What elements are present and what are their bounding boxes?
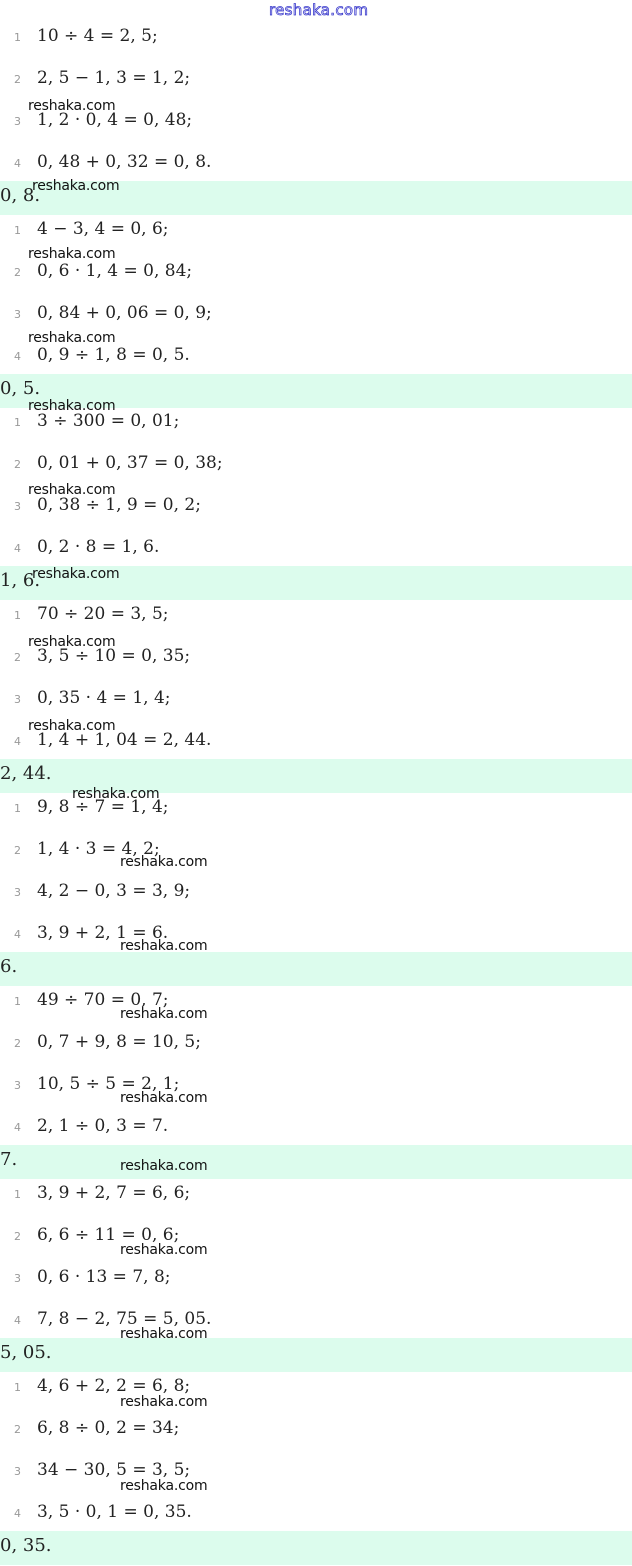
site-watermark-header: reshaka.com [269, 1, 368, 19]
line-number: 2 [14, 1037, 21, 1050]
solution-block-5: 19, 8 ÷ 7 = 1, 4; 21, 4 · 3 = 4, 2; 34, … [0, 796, 632, 989]
step-line: 334 − 30, 5 = 3, 5; [0, 1459, 632, 1489]
step-line: 21, 4 · 3 = 4, 2; [0, 838, 632, 868]
watermark: reshaka.com [120, 938, 207, 954]
watermark: reshaka.com [32, 566, 119, 582]
step-line: 42, 1 ÷ 0, 3 = 7. [0, 1115, 632, 1145]
step-line: 20, 7 + 9, 8 = 10, 5; [0, 1031, 632, 1061]
answer-text: 0, 5. [0, 378, 40, 399]
watermark: reshaka.com [28, 398, 115, 414]
line-number: 1 [14, 31, 21, 44]
solution-block-7: 13, 9 + 2, 7 = 6, 6; 26, 6 ÷ 11 = 0, 6; … [0, 1182, 632, 1375]
line-number: 1 [14, 995, 21, 1008]
line-number: 4 [14, 928, 21, 941]
step-expression: 3 ÷ 300 = 0, 01; [37, 411, 179, 431]
answer-text: 6. [0, 956, 17, 977]
step-expression: 2, 5 − 1, 3 = 1, 2; [37, 68, 190, 88]
line-number: 4 [14, 350, 21, 363]
watermark: reshaka.com [120, 1394, 207, 1410]
solution-block-4: 170 ÷ 20 = 3, 5; 23, 5 ÷ 10 = 0, 35; 30,… [0, 603, 632, 796]
step-expression: 0, 7 + 9, 8 = 10, 5; [37, 1032, 201, 1052]
watermark: reshaka.com [120, 1158, 207, 1174]
watermark: reshaka.com [72, 786, 159, 802]
step-expression: 0, 38 ÷ 1, 9 = 0, 2; [37, 495, 201, 515]
line-number: 2 [14, 73, 21, 86]
step-line: 40, 48 + 0, 32 = 0, 8. [0, 151, 632, 181]
step-line: 13, 9 + 2, 7 = 6, 6; [0, 1182, 632, 1212]
line-number: 4 [14, 735, 21, 748]
step-expression: 70 ÷ 20 = 3, 5; [37, 604, 169, 624]
step-expression: 3, 5 · 0, 1 = 0, 35. [37, 1502, 192, 1522]
line-number: 2 [14, 266, 21, 279]
step-expression: 0, 6 · 13 = 7, 8; [37, 1267, 171, 1287]
step-expression: 0, 35 · 4 = 1, 4; [37, 688, 171, 708]
line-number: 3 [14, 1465, 21, 1478]
step-expression: 2, 1 ÷ 0, 3 = 7. [37, 1116, 168, 1136]
step-line: 14, 6 + 2, 2 = 6, 8; [0, 1375, 632, 1405]
step-expression: 0, 48 + 0, 32 = 0, 8. [37, 152, 211, 172]
step-line: 43, 9 + 2, 1 = 6. [0, 922, 632, 952]
step-line: 34, 2 − 0, 3 = 3, 9; [0, 880, 632, 910]
line-number: 1 [14, 802, 21, 815]
line-number: 1 [14, 416, 21, 429]
watermark: reshaka.com [120, 1326, 207, 1342]
step-line: 30, 38 ÷ 1, 9 = 0, 2; [0, 494, 632, 524]
step-line: 170 ÷ 20 = 3, 5; [0, 603, 632, 633]
line-number: 3 [14, 500, 21, 513]
step-expression: 0, 01 + 0, 37 = 0, 38; [37, 453, 223, 473]
step-expression: 0, 84 + 0, 06 = 0, 9; [37, 303, 212, 323]
line-number: 3 [14, 886, 21, 899]
step-line: 30, 84 + 0, 06 = 0, 9; [0, 302, 632, 332]
step-line: 14 − 3, 4 = 0, 6; [0, 218, 632, 248]
step-line: 26, 6 ÷ 11 = 0, 6; [0, 1224, 632, 1254]
solution-block-8: 14, 6 + 2, 2 = 6, 8; 26, 8 ÷ 0, 2 = 34; … [0, 1375, 632, 1566]
step-line: 22, 5 − 1, 3 = 1, 2; [0, 67, 632, 97]
line-number: 1 [14, 224, 21, 237]
step-line: 40, 2 · 8 = 1, 6. [0, 536, 632, 566]
line-number: 2 [14, 651, 21, 664]
watermark: reshaka.com [120, 854, 207, 870]
answer-band: 6. [0, 952, 632, 986]
step-expression: 0, 9 ÷ 1, 8 = 0, 5. [37, 345, 190, 365]
step-line: 30, 6 · 13 = 7, 8; [0, 1266, 632, 1296]
step-expression: 4 − 3, 4 = 0, 6; [37, 219, 169, 239]
watermark: reshaka.com [28, 718, 115, 734]
answer-text: 0, 35. [0, 1535, 52, 1556]
line-number: 3 [14, 693, 21, 706]
watermark: reshaka.com [32, 178, 119, 194]
line-number: 4 [14, 1507, 21, 1520]
answer-text: 2, 44. [0, 763, 52, 784]
line-number: 2 [14, 1230, 21, 1243]
step-line: 26, 8 ÷ 0, 2 = 34; [0, 1417, 632, 1447]
step-line: 20, 01 + 0, 37 = 0, 38; [0, 452, 632, 482]
line-number: 3 [14, 115, 21, 128]
step-line: 20, 6 · 1, 4 = 0, 84; [0, 260, 632, 290]
line-number: 1 [14, 609, 21, 622]
watermark: reshaka.com [120, 1006, 207, 1022]
step-line: 47, 8 − 2, 75 = 5, 05. [0, 1308, 632, 1338]
watermark: reshaka.com [28, 482, 115, 498]
line-number: 3 [14, 1272, 21, 1285]
line-number: 4 [14, 1314, 21, 1327]
watermark: reshaka.com [28, 98, 115, 114]
watermark: reshaka.com [28, 330, 115, 346]
line-number: 3 [14, 308, 21, 321]
answer-text: 7. [0, 1149, 17, 1170]
step-line: 310, 5 ÷ 5 = 2, 1; [0, 1073, 632, 1103]
line-number: 3 [14, 1079, 21, 1092]
step-line: 110 ÷ 4 = 2, 5; [0, 25, 632, 55]
watermark: reshaka.com [28, 246, 115, 262]
step-expression: 0, 6 · 1, 4 = 0, 84; [37, 261, 192, 281]
line-number: 4 [14, 542, 21, 555]
line-number: 2 [14, 844, 21, 857]
step-line: 149 ÷ 70 = 0, 7; [0, 989, 632, 1019]
line-number: 1 [14, 1188, 21, 1201]
watermark: reshaka.com [120, 1478, 207, 1494]
watermark: reshaka.com [120, 1242, 207, 1258]
answer-band: 5, 05. [0, 1338, 632, 1372]
step-line: 43, 5 · 0, 1 = 0, 35. [0, 1501, 632, 1531]
step-line: 13 ÷ 300 = 0, 01; [0, 410, 632, 440]
step-expression: 6, 8 ÷ 0, 2 = 34; [37, 1418, 179, 1438]
answer-text: 5, 05. [0, 1342, 52, 1363]
watermark: reshaka.com [120, 1090, 207, 1106]
watermark: reshaka.com [28, 634, 115, 650]
solution-block-6: 149 ÷ 70 = 0, 7; 20, 7 + 9, 8 = 10, 5; 3… [0, 989, 632, 1182]
line-number: 2 [14, 1423, 21, 1436]
step-expression: 0, 2 · 8 = 1, 6. [37, 537, 159, 557]
step-expression: 4, 6 + 2, 2 = 6, 8; [37, 1376, 190, 1396]
line-number: 2 [14, 458, 21, 471]
line-number: 4 [14, 157, 21, 170]
step-expression: 10 ÷ 4 = 2, 5; [37, 26, 158, 46]
line-number: 4 [14, 1121, 21, 1134]
step-expression: 3, 9 + 2, 7 = 6, 6; [37, 1183, 190, 1203]
step-expression: 4, 2 − 0, 3 = 3, 9; [37, 881, 190, 901]
answer-band: 7. [0, 1145, 632, 1179]
answer-band: 0, 35. [0, 1531, 632, 1565]
step-line: 40, 9 ÷ 1, 8 = 0, 5. [0, 344, 632, 374]
line-number: 1 [14, 1381, 21, 1394]
step-expression: 34 − 30, 5 = 3, 5; [37, 1460, 190, 1480]
step-line: 30, 35 · 4 = 1, 4; [0, 687, 632, 717]
